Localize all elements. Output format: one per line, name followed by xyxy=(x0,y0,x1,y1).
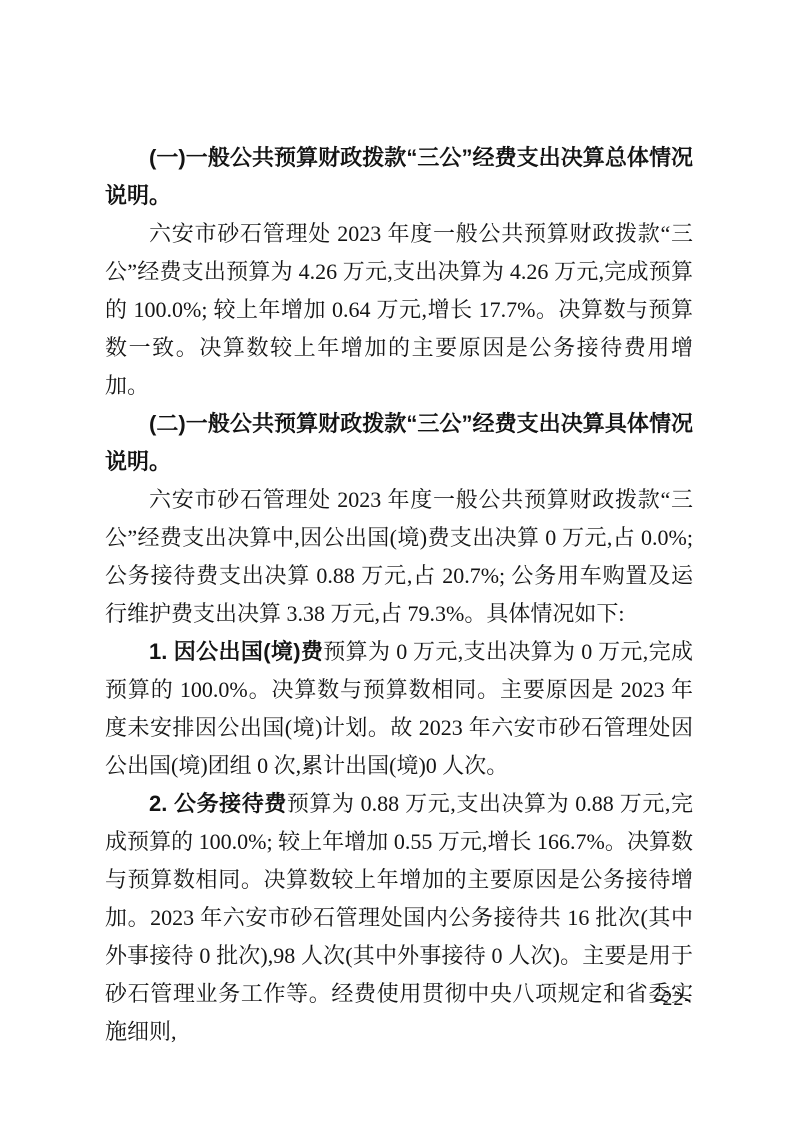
item-reception-fee-label: 2. 公务接待费 xyxy=(149,791,287,816)
document-page: (一)一般公共预算财政拨款“三公”经费支出决算总体情况说明。 六安市砂石管理处 … xyxy=(0,0,793,1122)
section-heading-overall: (一)一般公共预算财政拨款“三公”经费支出决算总体情况说明。 xyxy=(105,139,693,215)
page-number: -22- xyxy=(655,988,692,1010)
paragraph-item-reception-fee: 2. 公务接待费预算为 0.88 万元,支出决算为 0.88 万元,完成预算的 … xyxy=(105,785,693,1051)
item-abroad-fee-label: 1. 因公出国(境)费 xyxy=(149,639,323,664)
section-heading-specific: (二)一般公共预算财政拨款“三公”经费支出决算具体情况说明。 xyxy=(105,405,693,481)
paragraph-item-abroad-fee: 1. 因公出国(境)费预算为 0 万元,支出决算为 0 万元,完成预算的 100… xyxy=(105,633,693,785)
paragraph-overall-situation: 六安市砂石管理处 2023 年度一般公共预算财政拨款“三公”经费支出预算为 4.… xyxy=(105,215,693,405)
item-reception-fee-text: 预算为 0.88 万元,支出决算为 0.88 万元,完成预算的 100.0%; … xyxy=(105,791,693,1044)
document-body: (一)一般公共预算财政拨款“三公”经费支出决算总体情况说明。 六安市砂石管理处 … xyxy=(105,139,693,1051)
paragraph-specific-situation: 六安市砂石管理处 2023 年度一般公共预算财政拨款“三公”经费支出决算中,因公… xyxy=(105,481,693,633)
